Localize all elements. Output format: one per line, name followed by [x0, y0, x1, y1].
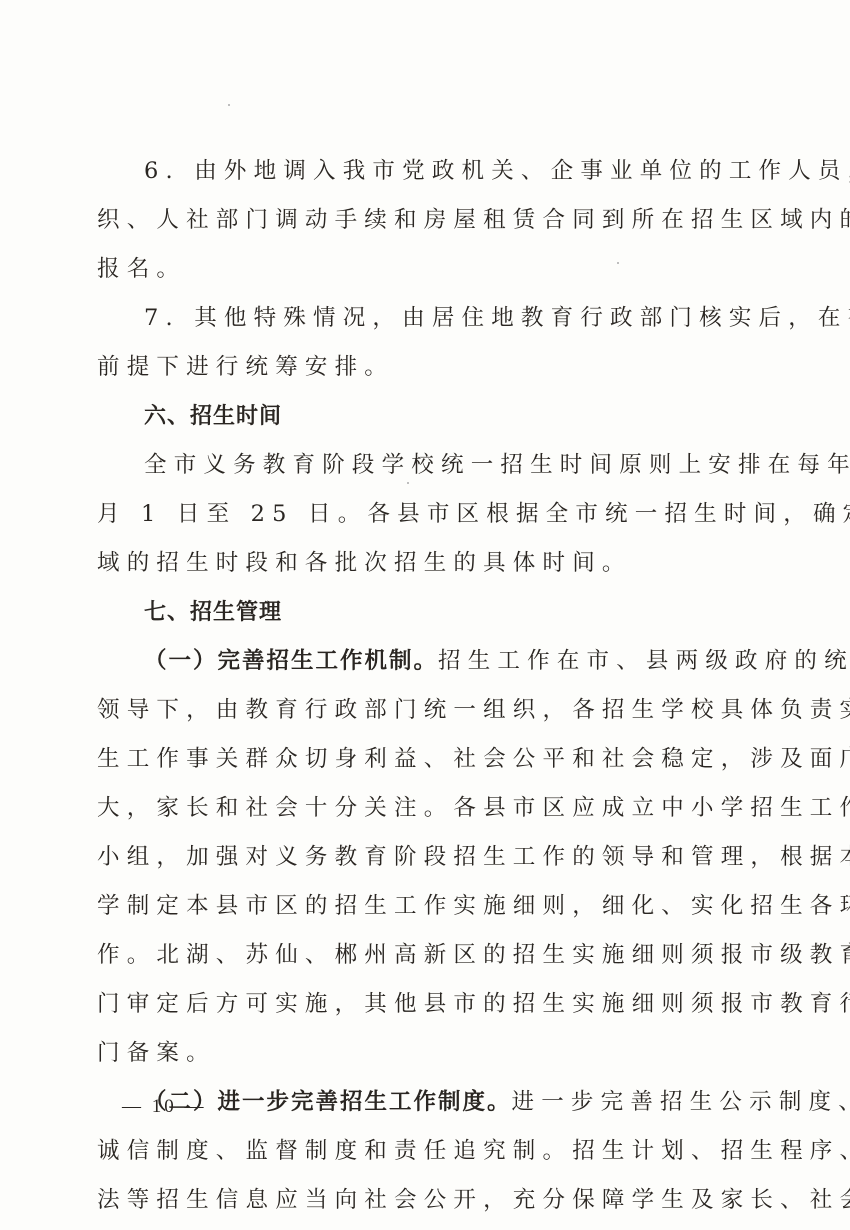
text-run: 全市义务教育阶段学校统一招生时间原则上安排在每年的 8 [144, 452, 850, 478]
scan-speck [617, 262, 619, 264]
text-run: 法等招生信息应当向社会公开，充分保障学生及家长、社会各界的 [97, 1187, 850, 1213]
text-run: 诚信制度、监督制度和责任追究制。招生计划、招生程序、招生办 [97, 1138, 850, 1164]
text-line: 大，家长和社会十分关注。各县市区应成立中小学招生工作领导 [97, 784, 769, 833]
text-run: 生工作事关群众切身利益、社会公平和社会稳定，涉及面广、难度 [97, 746, 850, 772]
text-run: 6. 由外地调入我市党政机关、企事业单位的工作人员，凭组 [144, 158, 850, 184]
text-line: 6. 由外地调入我市党政机关、企事业单位的工作人员，凭组 [97, 147, 769, 196]
text-run: 门审定后方可实施，其他县市的招生实施细则须报市教育行政部 [97, 991, 850, 1017]
section-heading: 六、招生时间 [97, 392, 769, 441]
text-line: 报名。 [97, 245, 769, 294]
bold-run: （一）完善招生工作机制。 [144, 648, 438, 674]
section-heading: 七、招生管理 [97, 588, 769, 637]
text-line: 域的招生时段和各批次招生的具体时间。 [97, 539, 769, 588]
text-run: 招生工作在市、县两级政府的统一 [438, 648, 850, 674]
text-run: 门备案。 [97, 1040, 216, 1066]
text-run: 域的招生时段和各批次招生的具体时间。 [97, 550, 632, 576]
document-body: 6. 由外地调入我市党政机关、企事业单位的工作人员，凭组织、人社部门调动手续和房… [97, 147, 769, 1225]
scan-speck [228, 104, 230, 106]
text-run: 学制定本县市区的招生工作实施细则，细化、实化招生各环节的工 [97, 893, 850, 919]
text-line: 7. 其他特殊情况，由居住地教育行政部门核实后，在有学位的 [97, 294, 769, 343]
text-line: 小组，加强对义务教育阶段招生工作的领导和管理，根据本方案科 [97, 833, 769, 882]
bold-run: 七、招生管理 [144, 600, 282, 625]
page-number: — 10 — [122, 1096, 207, 1118]
text-run: 作。北湖、苏仙、郴州高新区的招生实施细则须报市级教育行政部 [97, 942, 850, 968]
bold-run: 六、招生时间 [144, 404, 282, 429]
text-line: 学制定本县市区的招生工作实施细则，细化、实化招生各环节的工 [97, 882, 769, 931]
text-line: 生工作事关群众切身利益、社会公平和社会稳定，涉及面广、难度 [97, 735, 769, 784]
text-line: 全市义务教育阶段学校统一招生时间原则上安排在每年的 8 [97, 441, 769, 490]
text-line: 门备案。 [97, 1029, 769, 1078]
text-run: 领导下，由教育行政部门统一组织，各招生学校具体负责实施。招 [97, 697, 850, 723]
text-line: 门审定后方可实施，其他县市的招生实施细则须报市教育行政部 [97, 980, 769, 1029]
text-run: 月 1 日至 25 日。各县市区根据全市统一招生时间，确定本行政区 [97, 501, 850, 527]
text-run: 7. 其他特殊情况，由居住地教育行政部门核实后，在有学位的 [144, 305, 850, 331]
text-line: 诚信制度、监督制度和责任追究制。招生计划、招生程序、招生办 [97, 1127, 769, 1176]
text-run: 前提下进行统筹安排。 [97, 354, 394, 380]
text-line: （一）完善招生工作机制。招生工作在市、县两级政府的统一 [97, 637, 769, 686]
text-run: 小组，加强对义务教育阶段招生工作的领导和管理，根据本方案科 [97, 844, 850, 870]
text-line: 月 1 日至 25 日。各县市区根据全市统一招生时间，确定本行政区 [97, 490, 769, 539]
text-line: 前提下进行统筹安排。 [97, 343, 769, 392]
text-run: 进一步完善招生公示制度、 [512, 1089, 850, 1115]
text-line: 法等招生信息应当向社会公开，充分保障学生及家长、社会各界的 [97, 1176, 769, 1225]
text-run: 大，家长和社会十分关注。各县市区应成立中小学招生工作领导 [97, 795, 850, 821]
text-line: 织、人社部门调动手续和房屋租赁合同到所在招生区域内的学校 [97, 196, 769, 245]
text-line: 作。北湖、苏仙、郴州高新区的招生实施细则须报市级教育行政部 [97, 931, 769, 980]
text-run: 报名。 [97, 256, 186, 282]
text-run: 织、人社部门调动手续和房屋租赁合同到所在招生区域内的学校 [97, 207, 850, 233]
scan-speck [407, 482, 409, 484]
text-line: 领导下，由教育行政部门统一组织，各招生学校具体负责实施。招 [97, 686, 769, 735]
